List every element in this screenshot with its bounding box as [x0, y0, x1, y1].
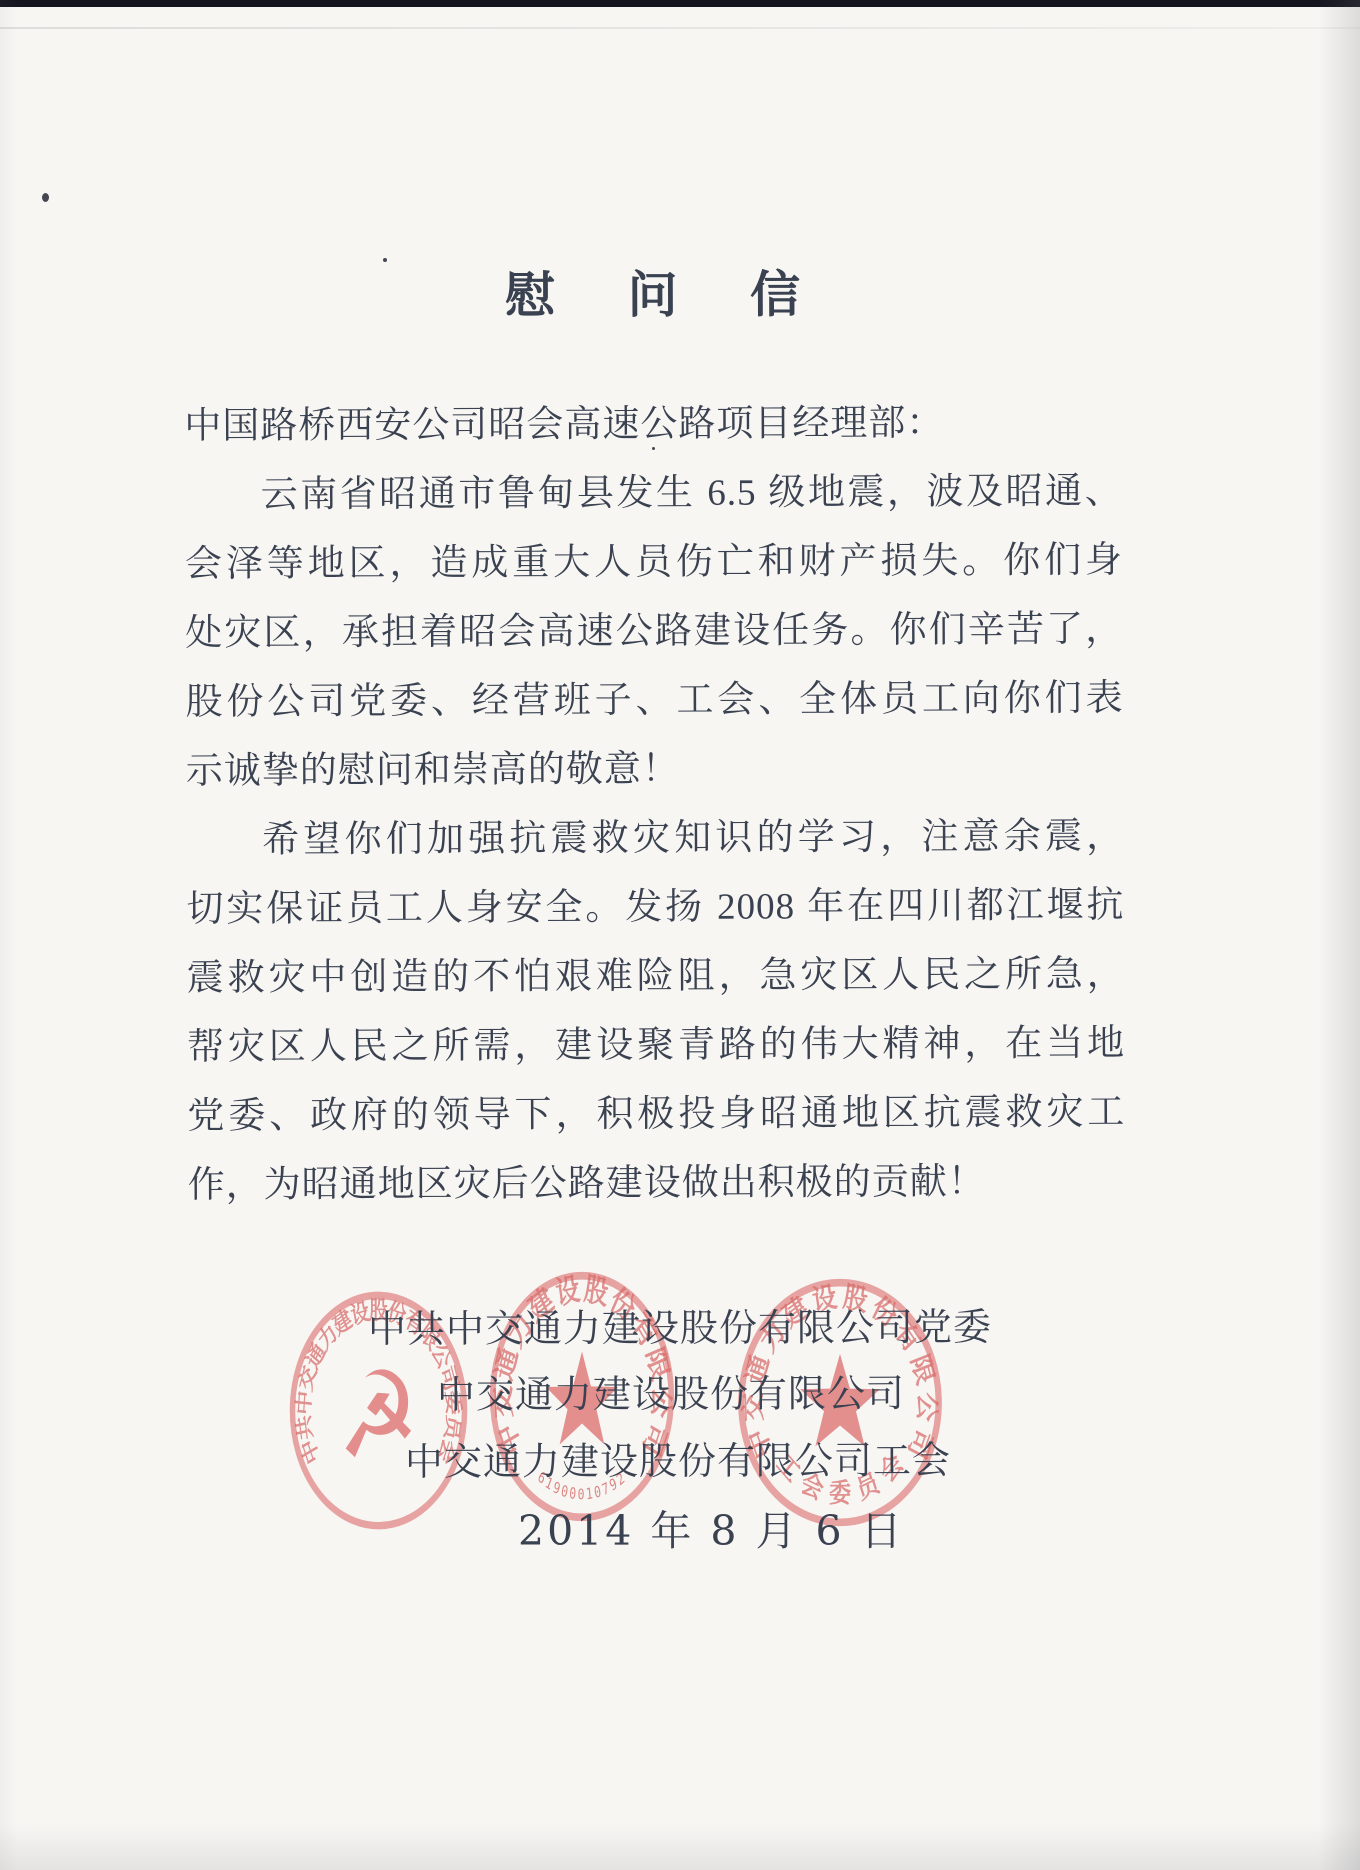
salutation: 中国路桥西安公司昭会高速公路项目经理部： [184, 388, 1122, 461]
letter-line: 党委、政府的领导下，积极投身昭通地区抗震救灾工 [187, 1078, 1125, 1151]
scanned-letter-page: { "letter": { "title": "慰 问 信", "salutat… [0, 0, 1360, 1870]
scan-speck [652, 447, 655, 450]
letter-body: 中国路桥西安公司昭会高速公路项目经理部： 云南省昭通市鲁甸县发生 6.5 级地震… [184, 388, 1126, 1220]
letter-line: 云南省昭通市鲁甸县发生 6.5 级地震，波及昭通、 [184, 457, 1122, 530]
letter-line: 震救灾中创造的不怕艰难险阻，急灾区人民之所急， [187, 940, 1125, 1013]
letter-line: 会泽等地区，造成重大人员伤亡和财产损失。你们身 [185, 526, 1123, 599]
scan-edge-strip [0, 0, 1360, 7]
scan-speck [383, 258, 387, 262]
signature-party-committee: 中共中交通力建设股份有限公司党委 [368, 1296, 992, 1353]
letter-date: 2014 年 8 月 6 日 [518, 1498, 905, 1557]
scan-seam-line [0, 27, 1360, 29]
letter-line: 帮灾区人民之所需，建设聚青路的伟大精神，在当地 [187, 1009, 1125, 1082]
letter-line: 处灾区，承担着昭会高速公路建设任务。你们辛苦了， [185, 595, 1123, 668]
letter-title: 慰 问 信 [505, 254, 830, 327]
signature-company: 中交通力建设股份有限公司 [437, 1362, 905, 1419]
letter-line: 希望你们加强抗震救灾知识的学习，注意余震， [186, 802, 1124, 875]
letter-line: 股份公司党委、经营班子、工会、全体员工向你们表 [185, 664, 1123, 737]
signature-union: 中交通力建设股份有限公司工会 [405, 1429, 951, 1486]
scan-speck [42, 193, 49, 202]
letter-line: 作，为昭通地区灾后公路建设做出积极的贡献！ [188, 1147, 1126, 1220]
letter-line: 切实保证员工人身安全。发扬 2008 年在四川都江堰抗 [186, 871, 1124, 944]
letter-line: 示诚挚的慰问和崇高的敬意！ [186, 733, 1124, 806]
